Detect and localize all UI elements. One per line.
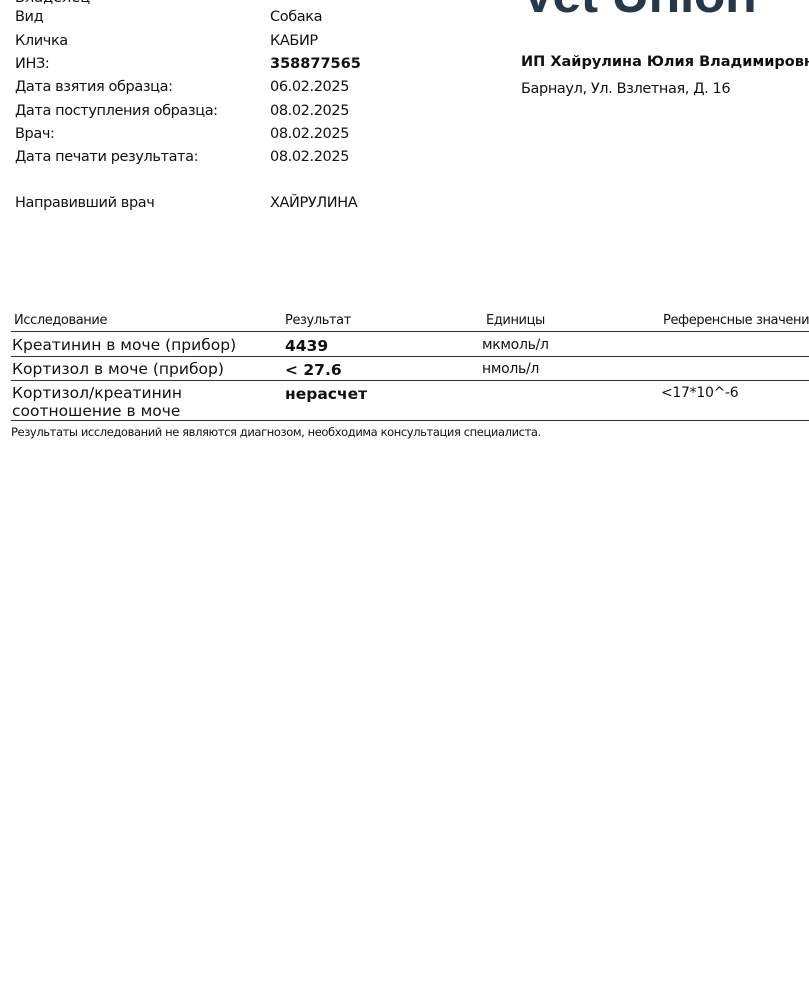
test-units: мкмоль/л (482, 337, 549, 353)
table-header: Исследование Результат Единицы Референсн… (0, 312, 809, 332)
table-divider (11, 331, 809, 332)
test-units: нмоль/л (482, 361, 539, 377)
table-divider (11, 420, 809, 421)
info-label: Дата печати результата: (15, 148, 198, 166)
column-header-test: Исследование (14, 313, 107, 328)
info-label: Вид (15, 8, 43, 26)
test-name: Кортизол в моче (прибор) (12, 360, 224, 378)
info-label: Направивший врач (15, 194, 154, 212)
test-reference: <17*10^-6 (661, 385, 738, 401)
test-result: < 27.6 (285, 361, 342, 379)
info-value: ХАЙРУЛИНА (270, 194, 357, 212)
info-label: Дата поступления образца: (15, 102, 218, 120)
test-result: нерасчет (285, 385, 367, 403)
info-value: КАБИР (270, 32, 318, 50)
info-value: 08.02.2025 (270, 125, 349, 143)
test-name: Креатинин в моче (прибор) (12, 336, 236, 354)
column-header-units: Единицы (486, 313, 545, 328)
organization-name: ИП Хайрулина Юлия Владимировна (521, 53, 809, 71)
info-value: 06.02.2025 (270, 78, 349, 96)
info-value: 08.02.2025 (270, 148, 349, 166)
owner-row-cut: Владелец (15, 0, 90, 7)
table-divider (11, 380, 809, 381)
vet-union-logo: Vet Union (521, 0, 756, 20)
info-value: 358877565 (270, 55, 361, 73)
column-header-result: Результат (285, 313, 351, 328)
organization-address: Барнаул, Ул. Взлетная, Д. 16 (521, 80, 730, 98)
test-name-line1: Кортизол/креатинин (12, 384, 182, 402)
column-header-reference: Референсные значения (663, 313, 809, 328)
info-value: Собака (270, 8, 322, 26)
info-label: Врач: (15, 125, 55, 143)
table-divider (11, 356, 809, 357)
test-name-line2: соотношение в моче (12, 402, 180, 420)
info-value: 08.02.2025 (270, 102, 349, 120)
test-result: 4439 (285, 337, 328, 355)
info-label: Дата взятия образца: (15, 78, 173, 96)
owner-label: Владелец (15, 0, 90, 6)
info-label: Кличка (15, 32, 68, 50)
disclaimer: Результаты исследований не являются диаг… (11, 425, 541, 439)
info-label: ИНЗ: (15, 55, 49, 73)
